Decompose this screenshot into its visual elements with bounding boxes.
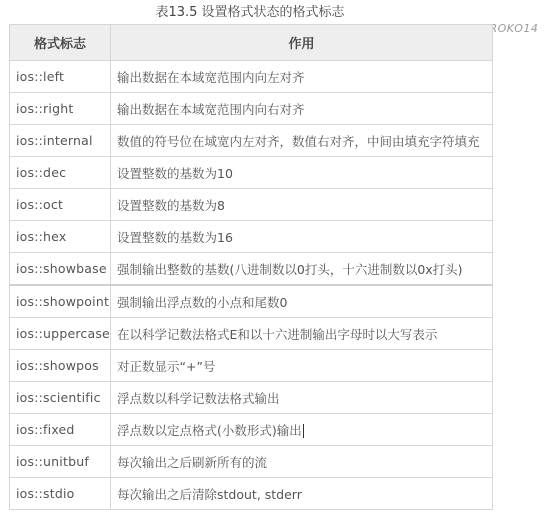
table-row: ios::hex 设置整数的基数为16 xyxy=(10,221,493,253)
table-row: ios::dec 设置整数的基数为10 xyxy=(10,157,493,189)
table-row: ios::stdio 每次输出之后清除stdout, stderr xyxy=(10,478,493,510)
table-row: ios::fixed 浮点数以定点格式(小数形式)输出 xyxy=(10,414,493,446)
format-flags-table: 格式标志 作用 ios::left 输出数据在本域宽范围内向左对齐 ios::r… xyxy=(9,24,493,510)
desc-cell: 浮点数以科学记数法格式输出 xyxy=(111,382,493,414)
flag-cell: ios::showpos xyxy=(10,350,111,382)
table-row: ios::scientific 浮点数以科学记数法格式输出 xyxy=(10,382,493,414)
flag-cell: ios::hex xyxy=(10,221,111,253)
flag-cell: ios::internal xyxy=(10,125,111,157)
table-row: ios::oct 设置整数的基数为8 xyxy=(10,189,493,221)
table-row: ios::unitbuf 每次输出之后刷新所有的流 xyxy=(10,446,493,478)
desc-cell: 对正数显示“+”号 xyxy=(111,350,493,382)
desc-cell: 每次输出之后刷新所有的流 xyxy=(111,446,493,478)
flag-cell: ios::unitbuf xyxy=(10,446,111,478)
desc-cell: 设置整数的基数为8 xyxy=(111,189,493,221)
desc-cell: 强制输出整数的基数(八进制数以0打头，十六进制数以0x打头) xyxy=(111,253,493,286)
table-row: ios::left 输出数据在本域宽范围内向左对齐 xyxy=(10,61,493,93)
flag-cell: ios::oct xyxy=(10,189,111,221)
header-format-flag: 格式标志 xyxy=(10,25,111,61)
flag-cell: ios::showbase xyxy=(10,253,111,286)
header-purpose: 作用 xyxy=(111,25,493,61)
flag-cell: ios::right xyxy=(10,93,111,125)
desc-cell: 设置整数的基数为10 xyxy=(111,157,493,189)
table-row: ios::right 输出数据在本域宽范围内向右对齐 xyxy=(10,93,493,125)
table-row: ios::showpos 对正数显示“+”号 xyxy=(10,350,493,382)
flag-cell: ios::showpoint xyxy=(10,285,111,318)
table-row: ios::showbase 强制输出整数的基数(八进制数以0打头，十六进制数以0… xyxy=(10,253,493,286)
desc-cell: 数值的符号位在域宽内左对齐，数值右对齐，中间由填充字符填充 xyxy=(111,125,493,157)
desc-cell: 输出数据在本域宽范围内向右对齐 xyxy=(111,93,493,125)
flag-cell: ios::scientific xyxy=(10,382,111,414)
flag-cell: ios::left xyxy=(10,61,111,93)
flag-cell: ios::stdio xyxy=(10,478,111,510)
desc-cell: 强制输出浮点数的小点和尾数0 xyxy=(111,285,493,318)
desc-cell: 设置整数的基数为16 xyxy=(111,221,493,253)
table-row: ios::internal 数值的符号位在域宽内左对齐，数值右对齐，中间由填充字… xyxy=(10,125,493,157)
desc-cell: 输出数据在本域宽范围内向左对齐 xyxy=(111,61,493,93)
desc-cell: 在以科学记数法格式E和以十六进制输出字母时以大写表示 xyxy=(111,318,493,350)
flag-cell: ios::fixed xyxy=(10,414,111,446)
table-header-row: 格式标志 作用 xyxy=(10,25,493,61)
desc-text: 浮点数以定点格式(小数形式)输出 xyxy=(117,423,302,438)
table-caption: 表13.5 设置格式状态的格式标志 xyxy=(9,4,491,22)
flag-cell: ios::dec xyxy=(10,157,111,189)
table-row: ios::showpoint 强制输出浮点数的小点和尾数0 xyxy=(10,285,493,318)
desc-cell: 每次输出之后清除stdout, stderr xyxy=(111,478,493,510)
text-cursor xyxy=(303,424,304,438)
flag-cell: ios::uppercase xyxy=(10,318,111,350)
table-row: ios::uppercase 在以科学记数法格式E和以十六进制输出字母时以大写表… xyxy=(10,318,493,350)
desc-cell[interactable]: 浮点数以定点格式(小数形式)输出 xyxy=(111,414,493,446)
